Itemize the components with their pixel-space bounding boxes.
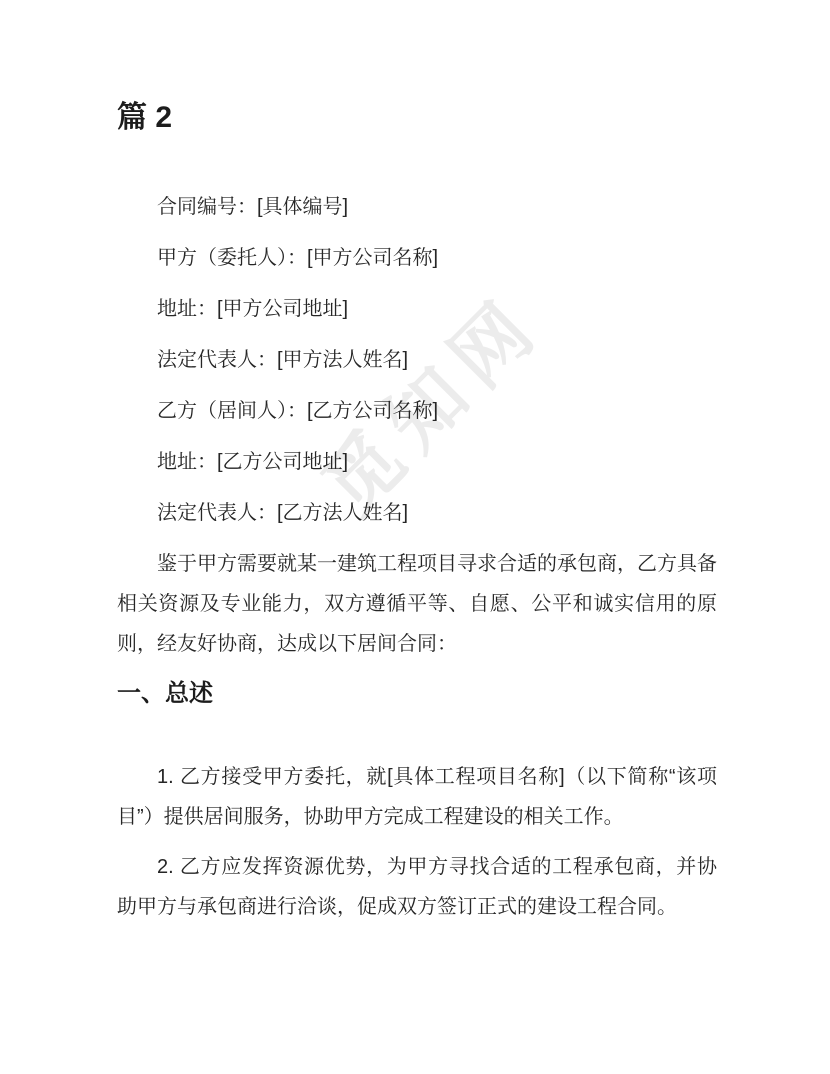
clause-paragraph-2: 2. 乙方应发挥资源优势，为甲方寻找合适的工程承包商，并协助甲方与承包商进行洽谈… [117,847,717,927]
document-page: 觅知网 篇 2 合同编号：[具体编号] 甲方（委托人）：[甲方公司名称] 地址：… [0,0,830,1074]
field-party-b-representative: 法定代表人：[乙方法人姓名] [117,493,717,533]
field-party-b-address: 地址：[乙方公司地址] [117,442,717,482]
field-party-a: 甲方（委托人）：[甲方公司名称] [117,238,717,278]
section-heading-overview: 一、总述 [117,677,717,711]
doc-title: 篇 2 [117,96,717,140]
field-party-b: 乙方（居间人）：[乙方公司名称] [117,391,717,431]
field-contract-number: 合同编号：[具体编号] [117,187,717,227]
field-party-a-address: 地址：[甲方公司地址] [117,289,717,329]
field-party-a-representative: 法定代表人：[甲方法人姓名] [117,340,717,380]
intro-paragraph: 鉴于甲方需要就某一建筑工程项目寻求合适的承包商，乙方具备相关资源及专业能力，双方… [117,544,717,664]
document-content: 篇 2 合同编号：[具体编号] 甲方（委托人）：[甲方公司名称] 地址：[甲方公… [0,96,830,927]
clause-paragraph-1: 1. 乙方接受甲方委托，就[具体工程项目名称]（以下简称“该项目”）提供居间服务… [117,757,717,837]
